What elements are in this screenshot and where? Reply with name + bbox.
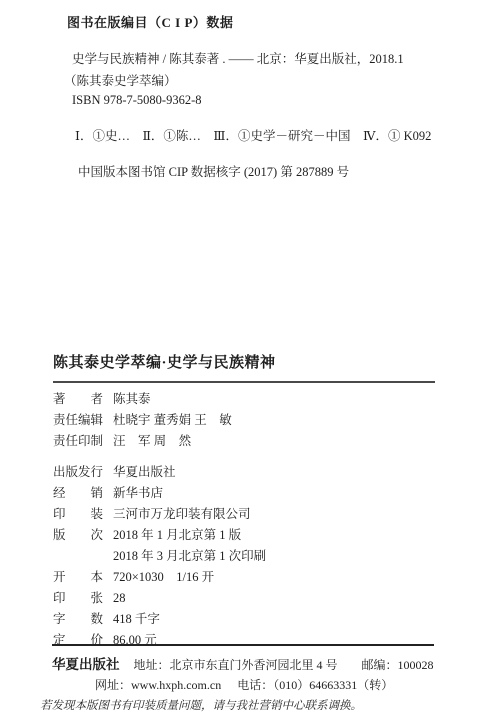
row-word-count: 字 数 418 千字 <box>53 609 435 630</box>
row-print-supervisor: 责任印制 汪 军 周 然 <box>53 431 435 452</box>
row-sheets: 印 张 28 <box>53 588 435 609</box>
copyright-page: 图书在版编目（C I P）数据 史学与民族精神 / 陈其泰著 . —— 北京：华… <box>0 0 479 713</box>
row-label: 责任编辑 <box>53 410 104 431</box>
footer-address-line: 华夏出版社 地址：北京市东直门外香河园北里 4 号 邮编：100028 <box>0 655 479 675</box>
row-label: 责任印制 <box>53 431 104 452</box>
row-label: 经 销 <box>53 483 104 504</box>
row-value: 三河市万龙印装有限公司 <box>113 504 251 525</box>
row-label: 出版发行 <box>53 462 104 483</box>
row-value: 新华书店 <box>113 483 163 504</box>
row-publisher: 出版发行 华夏出版社 <box>53 462 435 483</box>
row-value: 华夏出版社 <box>113 462 176 483</box>
row-edition-continuation: 2018 年 3 月北京第 1 次印刷 <box>53 546 435 567</box>
row-value: 418 千字 <box>113 609 160 630</box>
isbn-line: ISBN 978-7-5080-9362-8 <box>72 93 202 108</box>
footer-divider <box>52 644 434 646</box>
book-title: 陈其泰史学萃编·史学与民族精神 <box>53 353 435 373</box>
publisher-phone: 电话：（010）64663331（转） <box>237 676 393 695</box>
row-value: 杜晓宇 董秀娟 王 敏 <box>113 410 232 431</box>
row-printer: 印 装 三河市万龙印装有限公司 <box>53 504 435 525</box>
publisher-name: 华夏出版社 <box>52 655 120 674</box>
cip-record-line: 中国版本图书馆 CIP 数据核字 (2017) 第 287889 号 <box>78 162 349 180</box>
row-author: 著 者 陈其泰 <box>53 389 435 410</box>
row-label: 字 数 <box>53 609 104 630</box>
row-format: 开 本 720×1030 1/16 开 <box>53 567 435 588</box>
footer-block: 华夏出版社 地址：北京市东直门外香河园北里 4 号 邮编：100028 网址：w… <box>0 644 479 713</box>
cip-series-note: （陈其泰史学萃编） <box>64 71 177 89</box>
row-label: 印 装 <box>53 504 104 525</box>
colophon-block: 陈其泰史学萃编·史学与民族精神 著 者 陈其泰 责任编辑 杜晓宇 董秀娟 王 敏… <box>53 353 435 651</box>
row-value: 28 <box>113 588 126 609</box>
row-label: 开 本 <box>53 567 104 588</box>
row-label <box>53 546 104 567</box>
row-label: 版 次 <box>53 525 104 546</box>
row-value: 汪 军 周 然 <box>113 431 191 452</box>
row-value: 陈其泰 <box>113 389 151 410</box>
publisher-postcode: 邮编：100028 <box>362 656 434 675</box>
cip-heading: 图书在版编目（C I P）数据 <box>67 12 233 31</box>
row-label: 印 张 <box>53 588 104 609</box>
row-value: 2018 年 3 月北京第 1 次印刷 <box>113 546 266 567</box>
row-edition: 版 次 2018 年 1 月北京第 1 版 <box>53 525 435 546</box>
publisher-address: 地址：北京市东直门外香河园北里 4 号 <box>134 656 338 675</box>
row-value: 720×1030 1/16 开 <box>113 567 214 588</box>
cip-description-line: 史学与民族精神 / 陈其泰著 . —— 北京：华夏出版社，2018.1 <box>72 49 404 67</box>
title-divider <box>53 381 435 383</box>
row-label: 著 者 <box>53 389 104 410</box>
publisher-website: 网址：www.hxph.com.cn <box>95 676 221 695</box>
row-editor: 责任编辑 杜晓宇 董秀娟 王 敏 <box>53 410 435 431</box>
quality-notice: 若发现本版图书有印装质量问题，请与我社营销中心联系调换。 <box>0 698 479 713</box>
row-value: 2018 年 1 月北京第 1 版 <box>113 525 241 546</box>
row-distributor: 经 销 新华书店 <box>53 483 435 504</box>
cip-classification-line: Ⅰ．①史… Ⅱ．①陈… Ⅲ．①史学－研究－中国 Ⅳ．① K092 <box>75 126 431 144</box>
footer-contact-line: 网址：www.hxph.com.cn 电话：（010）64663331（转） <box>0 676 479 695</box>
colophon-rows: 著 者 陈其泰 责任编辑 杜晓宇 董秀娟 王 敏 责任印制 汪 军 周 然 出版… <box>53 389 435 651</box>
